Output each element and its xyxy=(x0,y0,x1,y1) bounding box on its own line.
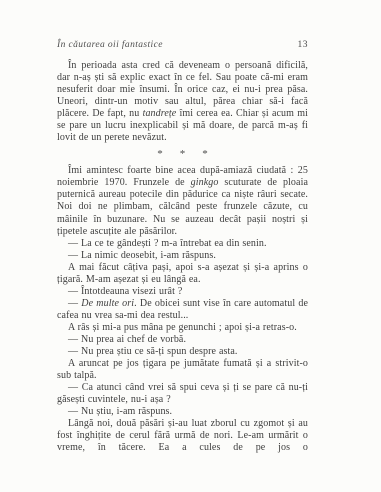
text-run: — xyxy=(68,298,81,309)
text-run: — Nu știu, i-am răspuns. xyxy=(68,406,172,417)
text-run: — Întotdeauna visezi urât ? xyxy=(68,286,182,297)
page-number: 13 xyxy=(298,40,309,51)
italic-run: ginkgo xyxy=(191,177,219,188)
text-run: — La ce te gândești ? m-a întrebat ea di… xyxy=(68,238,267,249)
text-run: — Nu prea ai chef de vorbă. xyxy=(68,334,186,345)
paragraph: — Nu prea știu ce să-ți spun despre asta… xyxy=(57,346,308,358)
paragraph: Lângă noi, două păsări și-au luat zborul… xyxy=(57,418,308,454)
page-body: În perioada asta cred că deveneam o pers… xyxy=(57,60,308,454)
paragraph: — Nu știu, i-am răspuns. xyxy=(57,406,308,418)
paragraph: — La nimic deosebit, i-am răspuns. xyxy=(57,250,308,262)
paragraph: A aruncat pe jos țigara pe jumătate fuma… xyxy=(57,358,308,382)
paragraph: — Întotdeauna visezi urât ? xyxy=(57,286,308,298)
paragraph: — De multe ori. De obicei sunt vise în c… xyxy=(57,298,308,322)
text-run: A râs și mi-a pus mâna pe genunchi ; apo… xyxy=(68,322,297,333)
paragraph: — La ce te gândești ? m-a întrebat ea di… xyxy=(57,238,308,250)
text-run: A aruncat pe jos țigara pe jumătate fuma… xyxy=(57,358,308,381)
paragraph: — Ca atunci când vrei să spui ceva și ți… xyxy=(57,382,308,406)
text-run: — Nu prea știu ce să-ți spun despre asta… xyxy=(68,346,238,357)
paragraph: A râs și mi-a pus mâna pe genunchi ; apo… xyxy=(57,322,308,334)
text-run: — Ca atunci când vrei să spui ceva și ți… xyxy=(57,382,308,405)
text-run: — La nimic deosebit, i-am răspuns. xyxy=(68,250,216,261)
section-separator: * * * xyxy=(57,148,308,160)
paragraph: A mai făcut câțiva pași, apoi s-a așezat… xyxy=(57,262,308,286)
italic-run: tandrețe xyxy=(143,108,177,119)
paragraph: — Nu prea ai chef de vorbă. xyxy=(57,334,308,346)
text-run: A mai făcut câțiva pași, apoi s-a așezat… xyxy=(57,262,308,285)
book-page: În căutarea oii fantastice 13 În perioad… xyxy=(0,0,381,492)
paragraph: În perioada asta cred că deveneam o pers… xyxy=(57,60,308,144)
page-header: În căutarea oii fantastice 13 xyxy=(57,40,308,51)
italic-run: De multe ori xyxy=(81,298,134,309)
running-title: În căutarea oii fantastice xyxy=(57,40,163,51)
text-run: Lângă noi, două păsări și-au luat zborul… xyxy=(57,418,308,453)
paragraph: Îmi amintesc foarte bine acea după-amiaz… xyxy=(57,165,308,237)
